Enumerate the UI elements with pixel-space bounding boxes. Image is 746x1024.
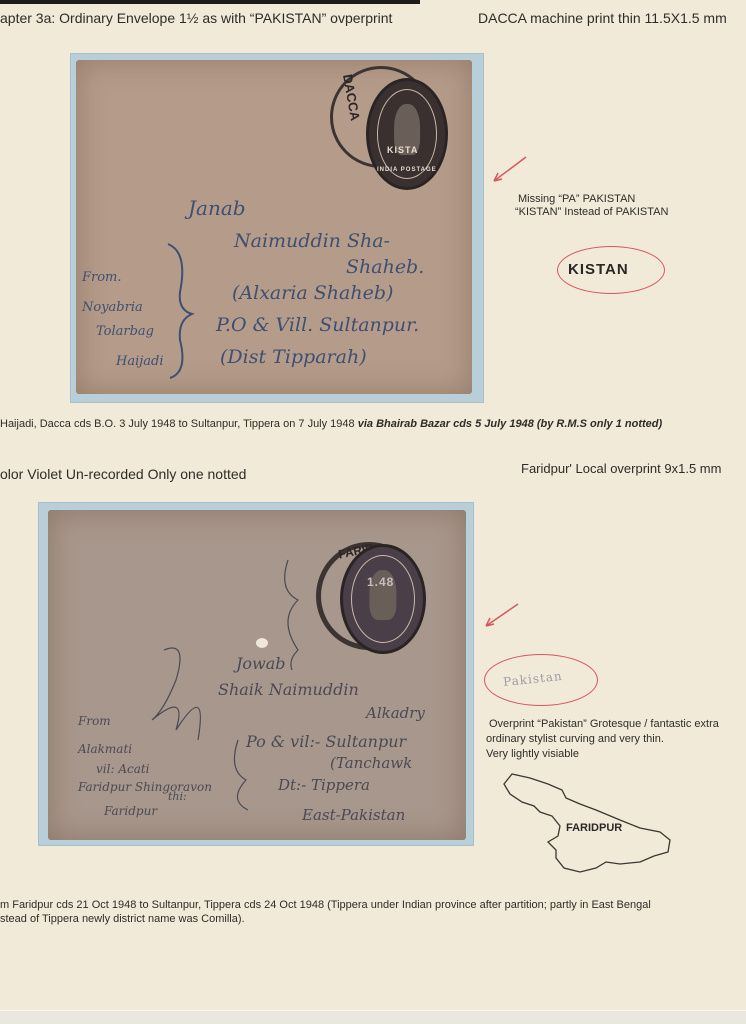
section2-title: olor Violet Un-recorded Only one notted <box>0 466 246 482</box>
cover1-note-line: Missing “PA” PAKISTAN <box>518 193 635 205</box>
cover2-address-line: (Tanchawk <box>330 754 412 772</box>
cover2-envelope: FARID 1.48 Jowab Shaik Naimuddin Alkadry… <box>48 510 466 840</box>
cover1-overprint: KISTA <box>387 145 418 155</box>
cover2-note-line: Very lightly visiable <box>486 748 579 760</box>
cover2-caption-line: m Faridpur cds 21 Oct 1948 to Sultanpur,… <box>0 899 651 911</box>
cover1-sender-line: Noyabria <box>82 300 143 315</box>
cover2-address-line: Alkadry <box>366 704 425 722</box>
cover2-note-line: ordinary stylist curving and very thin. <box>486 733 664 745</box>
cover1-address-line: (Alxaria Shaheb) <box>232 282 393 304</box>
cover1-address-line: Janab <box>188 196 246 220</box>
cover1-brace-icon <box>166 242 196 382</box>
cover1-envelope: DACCA KISTA INDIA POSTAGE Janab Naimuddi… <box>76 60 472 394</box>
cover1-caption: Haijadi, Dacca cds B.O. 3 July 1948 to S… <box>0 418 662 430</box>
page-subtitle: DACCA machine print thin 11.5X1.5 mm <box>478 10 727 26</box>
cover1-stamp-bottom-text: INDIA POSTAGE <box>377 167 437 173</box>
faridpur-map-label: FARIDPUR <box>566 822 622 834</box>
cover1-caption-bold: via Bhairab Bazar cds 5 July 1948 (by R.… <box>358 418 662 430</box>
scan-bottom-edge <box>0 1010 746 1024</box>
cover1-sender-line: From. <box>82 270 122 285</box>
section2-subtitle: Faridpur' Local overprint 9x1.5 mm <box>521 461 721 476</box>
cover1-caption-text: Haijadi, Dacca cds B.O. 3 July 1948 to S… <box>0 418 358 430</box>
cover1-address-line: P.O & Vill. Sultanpur. <box>216 314 419 336</box>
cover2-sender-line: Alakmati <box>78 742 132 756</box>
cover1-sender-line: Haijadi <box>116 354 164 369</box>
cover2-overprint: 1.48 <box>367 575 394 589</box>
pointer-arrow-icon <box>490 155 530 185</box>
cover1-stamp: KISTA INDIA POSTAGE <box>366 78 448 190</box>
kistan-label: KISTAN <box>568 261 629 278</box>
page-title: apter 3a: Ordinary Envelope 1½ as with “… <box>0 10 392 26</box>
cover1-sender-line: Tolarbag <box>96 324 154 339</box>
scan-top-edge <box>0 0 420 4</box>
pointer-arrow-icon <box>482 602 522 630</box>
cover1-address-line: Shaheb. <box>346 256 424 278</box>
cover2-sender-line: From <box>78 714 111 728</box>
cover2-caption-line: stead of Tippera newly district name was… <box>0 913 245 925</box>
cover2-note-line: Overprint “Pakistan” Grotesque / fantast… <box>489 718 719 730</box>
cover1-address-line: Naimuddin Sha- <box>234 230 390 252</box>
cover1-note-line: “KISTAN” Instead of PAKISTAN <box>515 206 668 218</box>
cover1-address-line: (Dist Tipparah) <box>220 346 367 368</box>
cover2-stamp: 1.48 <box>340 544 426 654</box>
pencil-scribble-icon <box>128 540 328 830</box>
